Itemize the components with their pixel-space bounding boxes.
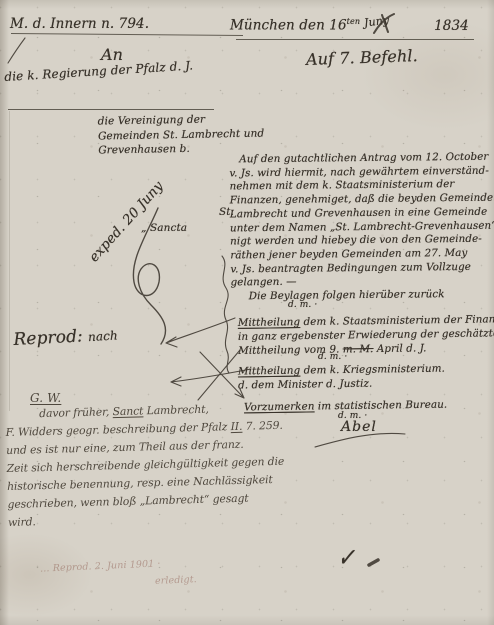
pencil-underlined-word: Sanct (112, 404, 143, 418)
place-date-text: München den (230, 18, 325, 34)
pencil-line: Lambrecht, (146, 403, 208, 418)
header-rule-left (11, 33, 243, 36)
strikethrough-text: m. M. (343, 343, 374, 355)
address-line: die k. Regierung der Pfalz d. J. (4, 58, 193, 84)
date-day-suffix: ten (347, 17, 360, 26)
fold-line (9, 111, 10, 411)
reprod-note: Reprod: nach (13, 325, 118, 350)
manuscript-page: M. d. Innern n. 794. München den 16ten J… (0, 0, 494, 625)
annotation-finance-line3-post: April d. J. (377, 342, 427, 355)
dmo-mark: d. m. · (288, 300, 317, 310)
annotation-finance: Mittheilung dem k. Staatsministerium der… (238, 312, 494, 358)
margin-arrow-upper (166, 318, 235, 347)
subject-rule (8, 109, 214, 110)
sancta-note: „ Sancta (141, 222, 187, 234)
reprod-note-big: Reprod: (13, 326, 83, 350)
reprod-note-small: nach (88, 329, 118, 345)
annotation-war-line2: d. dem Minister d. Justiz. (238, 376, 445, 392)
registry-line: M. d. Innern n. 794. (10, 16, 149, 32)
margin-chain-line (222, 256, 229, 373)
pencil-underlined-word: II. (230, 420, 242, 433)
annotation-war: Mittheilung dem k. Kriegsministerium. d.… (238, 363, 445, 393)
pencil-line: davor früher, (39, 405, 109, 420)
pencil-block: davor früher, Sanct Lambrecht, F. Widder… (5, 399, 286, 532)
date-year: 1834 (434, 18, 469, 34)
subject-line: Gemeinden St. Lambrecht und (98, 126, 265, 143)
signature: Abel (341, 419, 377, 435)
margin-abbreviation-st: St. (219, 206, 234, 218)
command-line: Auf 7. Befehl. (306, 46, 418, 69)
pencil-line: 7. 259. (245, 419, 282, 433)
date-day: 16 (329, 18, 346, 34)
annotation-finance-word1: Mittheilung (238, 316, 301, 329)
address-to: An (101, 45, 123, 64)
slash-mark (8, 38, 25, 63)
signature-flourish (315, 433, 405, 447)
faint-stamp-line2: erledigt. (155, 574, 197, 587)
annotation-war-word1: Mittheilung (238, 365, 301, 378)
pencil-note-gw: G. W. (30, 391, 61, 405)
faint-stamp-line1: … Reprod. 2. Juni 1901 · (40, 558, 161, 574)
place-date-line: München den 16ten Juny 1834 (230, 17, 480, 34)
ink-blot (369, 560, 378, 565)
body-line: Die Beylagen folgen hierüber zurück (231, 288, 494, 304)
check-mark: ✓ (337, 540, 355, 574)
date-month: Juny (364, 13, 391, 29)
dmo-mark: d. m. · (318, 352, 347, 362)
annotation-war-line1: dem k. Kriegsministerium. (304, 363, 445, 377)
subject-block: die Vereinigung der Gemeinden St. Lambre… (98, 112, 265, 158)
header-rule-right (236, 39, 474, 40)
body-block: Auf den gutachtlichen Antrag vom 12. Oct… (229, 151, 494, 304)
